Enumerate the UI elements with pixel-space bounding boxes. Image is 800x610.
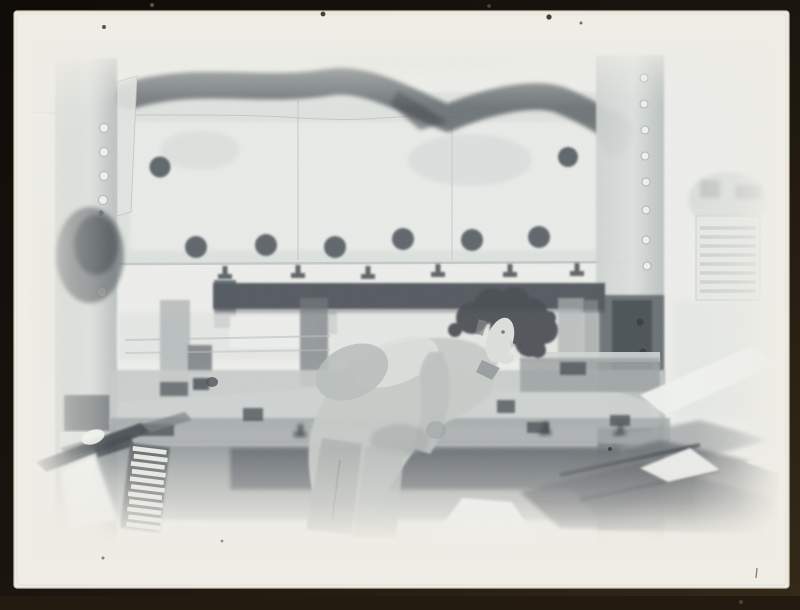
frame-bottom-strip	[0, 596, 800, 610]
photo-slide: Faded monochrome photograph, mounted on …	[0, 0, 800, 610]
vignette	[26, 38, 778, 564]
screenshot-root: Faded monochrome photograph, mounted on …	[0, 0, 800, 610]
photograph	[26, 38, 790, 564]
scanned-photo-svg	[0, 0, 800, 610]
